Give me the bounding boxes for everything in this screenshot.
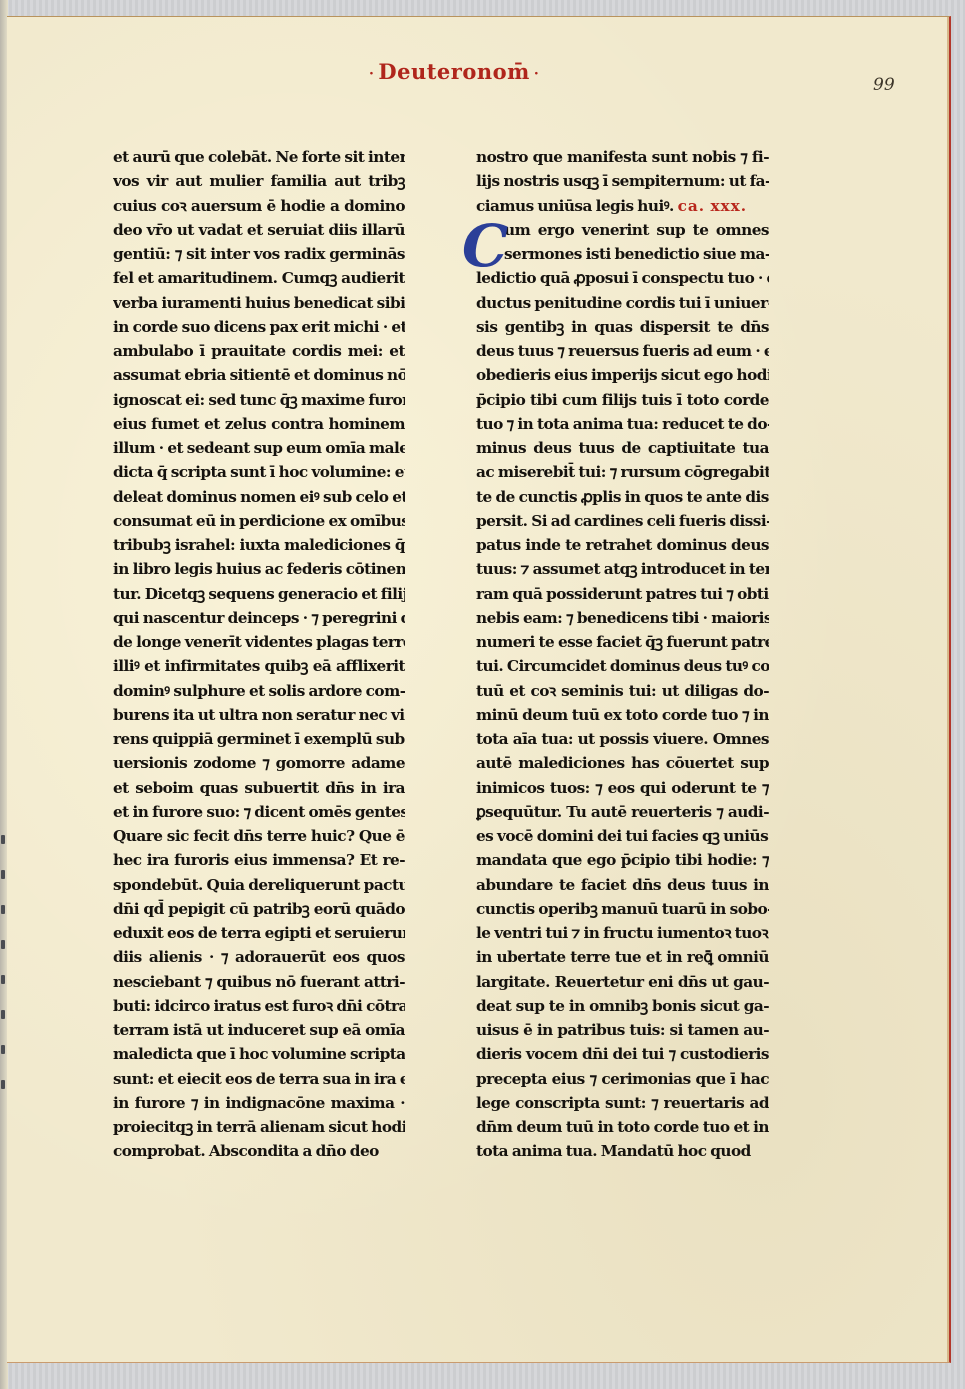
text-line: dn̄i qd̄ pepigit cū patribꝫ eorū quādo bbox=[113, 897, 405, 921]
edge-mark bbox=[1, 835, 5, 844]
manuscript-page: ·Deuteronom̄· 99 et aurū que colebāt. Ne… bbox=[7, 16, 951, 1363]
text-line: tuus: ⁊ assumet atqꝫ introducet in ter- bbox=[476, 557, 769, 581]
text-line: numeri te esse faciet q̄ꝫ fuerunt patres bbox=[476, 630, 769, 654]
folio-number: 99 bbox=[873, 75, 895, 95]
punctus-dot: · bbox=[534, 66, 539, 82]
text-line: sunt: et eiecit eos de terra sua in ira … bbox=[113, 1067, 405, 1091]
text-line: comprobat. Abscondita a dn̄o deo bbox=[113, 1139, 405, 1163]
text-line: fel et amaritudinem. Cumqꝫ audierit bbox=[113, 266, 405, 290]
chapter-marker: ca. xxx. bbox=[678, 197, 748, 215]
text-line: assumat ebria sitientē et dominus nō bbox=[113, 363, 405, 387]
text-line: lijs nostris usqꝫ ī sempiternum: ut fa- bbox=[476, 169, 769, 193]
edge-mark bbox=[1, 870, 5, 879]
text-line: ignoscat ei: sed tunc q̄ꝫ maxime furor bbox=[113, 388, 405, 412]
running-head-text: Deuteronom̄ bbox=[378, 59, 529, 84]
text-line: hec ira furoris eius immensa? Et re- bbox=[113, 848, 405, 872]
text-line: in furore ⁊ in indignacōne maxima · bbox=[113, 1091, 405, 1115]
text-line: in libro legis huius ac federis cōtinen- bbox=[113, 557, 405, 581]
text-line: tur. Dicetqꝫ sequens generacio et filij bbox=[113, 582, 405, 606]
text-line: deus tuus ⁊ reuersus fueris ad eum · et bbox=[476, 339, 769, 363]
text-line: proiecitqꝫ in terrā alienam sicut hodie bbox=[113, 1115, 405, 1139]
text-line: es vocē domini dei tui facies qꝫ uniūsa bbox=[476, 824, 769, 848]
text-line: abundare te faciet dn̄s deus tuus in bbox=[476, 873, 769, 897]
text-line: sermones isti benedictio siue ma- bbox=[476, 242, 769, 266]
text-line: ac miserebit̄ tui: ⁊ rursum cōgregabit bbox=[476, 460, 769, 484]
text-line: ꝑsequūtur. Tu autē reuerteris ⁊ audi- bbox=[476, 800, 769, 824]
text-line: precepta eius ⁊ cerimonias que ī hac bbox=[476, 1067, 769, 1091]
text-line: in ubertate terre tue et in reꝗ̄ omniū bbox=[476, 945, 769, 969]
text-line: burens ita ut ultra non seratur nec vi- bbox=[113, 703, 405, 727]
text-line: qui nascentur deinceps · ⁊ peregrini qui bbox=[113, 606, 405, 630]
text-line: cuius coꝛ auersum ē hodie a domino bbox=[113, 194, 405, 218]
text-line: ductus penitudine cordis tui ī uniuer- bbox=[476, 291, 769, 315]
text-line: rens quippiā germinet ī exemplū sub- bbox=[113, 727, 405, 751]
text-line: tuo ⁊ in tota anima tua: reducet te do- bbox=[476, 412, 769, 436]
edge-mark bbox=[1, 1080, 5, 1089]
text-line: te de cunctis ꝓplis in quos te ante dis- bbox=[476, 485, 769, 509]
text-line: sis gentibꝫ in quas dispersit te dn̄s bbox=[476, 315, 769, 339]
text-line: ambulabo ī prauitate cordis mei: et bbox=[113, 339, 405, 363]
text-line: et in furore suo: ⁊ dicent omēs gentes. bbox=[113, 800, 405, 824]
text-line: deleat dominus nomen eiꝰ sub celo et bbox=[113, 485, 405, 509]
text-line: dn̄m deum tuū in toto corde tuo et in bbox=[476, 1115, 769, 1139]
text-line: eius fumet et zelus contra hominem bbox=[113, 412, 405, 436]
text-line: ledictio quā ꝓposui ī conspectu tuo · et bbox=[476, 266, 769, 290]
text-line: le ventri tui ⁊ in fructu iumentoꝛ tuoꝛ: bbox=[476, 921, 769, 945]
text-line: tribubꝫ israhel: iuxta malediciones q̄ bbox=[113, 533, 405, 557]
text-line: de longe venerīt videntes plagas terre bbox=[113, 630, 405, 654]
text-line: ram quā possiderunt patres tui ⁊ obti- bbox=[476, 582, 769, 606]
edge-mark bbox=[1, 1045, 5, 1054]
text-line: lege conscripta sunt: ⁊ reuertaris ad bbox=[476, 1091, 769, 1115]
text-column-left: et aurū que colebāt. Ne forte sit inter … bbox=[113, 145, 405, 1164]
text-line: nostro que manifesta sunt nobis ⁊ fi- bbox=[476, 145, 769, 169]
text-line: nebis eam: ⁊ benedicens tibi · maioris bbox=[476, 606, 769, 630]
text-line: um ergo venerint sup te omnes bbox=[476, 218, 769, 242]
text-line: tota aīa tua: ut possis viuere. Omnes bbox=[476, 727, 769, 751]
text-line: tota anima tua. Mandatū hoc quod bbox=[476, 1139, 769, 1163]
text-line: deat sup te in omnibꝫ bonis sicut ga- bbox=[476, 994, 769, 1018]
text-line: p̄cipio tibi cum filijs tuis ī toto cord… bbox=[476, 388, 769, 412]
text-line: uisus ē in patribus tuis: si tamen au- bbox=[476, 1018, 769, 1042]
text-line: maledicta que ī hoc volumine scripta bbox=[113, 1042, 405, 1066]
text-line: et seboim quas subuertit dn̄s in ira bbox=[113, 776, 405, 800]
text-line: diis alienis · ⁊ adorauerūt eos quos bbox=[113, 945, 405, 969]
edge-mark bbox=[1, 940, 5, 949]
text-line: Quare sic fecit dn̄s terre huic? Que ē bbox=[113, 824, 405, 848]
running-head: ·Deuteronom̄· bbox=[365, 59, 543, 84]
text-line: patus inde te retrahet dominus deus bbox=[476, 533, 769, 557]
text-line: mandata que ego p̄cipio tibi hodie: ⁊ bbox=[476, 848, 769, 872]
text-line: buti: idcirco iratus est furoꝛ dn̄i cōtr… bbox=[113, 994, 405, 1018]
text-line: dieris vocem dn̄i dei tui ⁊ custodieris bbox=[476, 1042, 769, 1066]
text-line: spondebūt. Quia dereliquerunt pactum bbox=[113, 873, 405, 897]
text-line: deo vr̄o ut vadat et seruiat diis illarū bbox=[113, 218, 405, 242]
text-line: inimicos tuos: ⁊ eos qui oderunt te ⁊ bbox=[476, 776, 769, 800]
text-line: verba iuramenti huius benedicat sibi bbox=[113, 291, 405, 315]
decorated-initial-c: C bbox=[462, 217, 508, 275]
edge-mark bbox=[1, 905, 5, 914]
text-line: illiꝰ et infirmitates quibꝫ eā afflixeri… bbox=[113, 654, 405, 678]
edge-mark bbox=[1, 1010, 5, 1019]
text-line: in corde suo dicens pax erit michi · et bbox=[113, 315, 405, 339]
text-line: largitate. Reuertetur eni dn̄s ut gau- bbox=[476, 970, 769, 994]
text-line: minus deus tuus de captiuitate tua bbox=[476, 436, 769, 460]
text-line: consumat eū in perdicione ex omībus bbox=[113, 509, 405, 533]
text-line: et aurū que colebāt. Ne forte sit inter bbox=[113, 145, 405, 169]
text-line: eduxit eos de terra egipti et seruierunt bbox=[113, 921, 405, 945]
text-line: vos vir aut mulier familia aut tribꝫ bbox=[113, 169, 405, 193]
text-line: persit. Si ad cardines celi fueris dissi… bbox=[476, 509, 769, 533]
punctus-dot: · bbox=[369, 66, 374, 82]
text-line: terram istā ut induceret sup eā omīa bbox=[113, 1018, 405, 1042]
text-line: dicta q̄ scripta sunt ī hoc volumine: et bbox=[113, 460, 405, 484]
text-line: dominꝰ sulphure et solis ardore com- bbox=[113, 679, 405, 703]
text-line: obedieris eius imperijs sicut ego hodie bbox=[476, 363, 769, 387]
text-line: gentiū: ⁊ sit inter vos radix germinās bbox=[113, 242, 405, 266]
text-line: autē malediciones has cōuertet sup bbox=[476, 751, 769, 775]
text-line-with-chapter: ciamus uniūsa legis huiꝰ. ca. xxx. bbox=[476, 194, 769, 218]
text-line: uersionis zodome ⁊ gomorre adame bbox=[113, 751, 405, 775]
text-line: cunctis operibꝫ manuū tuarū in sobo- bbox=[476, 897, 769, 921]
text-column-right: C nostro que manifesta sunt nobis ⁊ fi- … bbox=[476, 145, 769, 1164]
text-line: illum · et sedeant sup eum omīa male- bbox=[113, 436, 405, 460]
text-line: tuū et coꝛ seminis tui: ut diligas do- bbox=[476, 679, 769, 703]
text-line: nesciebant ⁊ quibus nō fuerant attri- bbox=[113, 970, 405, 994]
text-line: tui. Circumcidet dominus deus tuꝰ cor bbox=[476, 654, 769, 678]
edge-mark bbox=[1, 975, 5, 984]
text-line: minū deum tuū ex toto corde tuo ⁊ in bbox=[476, 703, 769, 727]
